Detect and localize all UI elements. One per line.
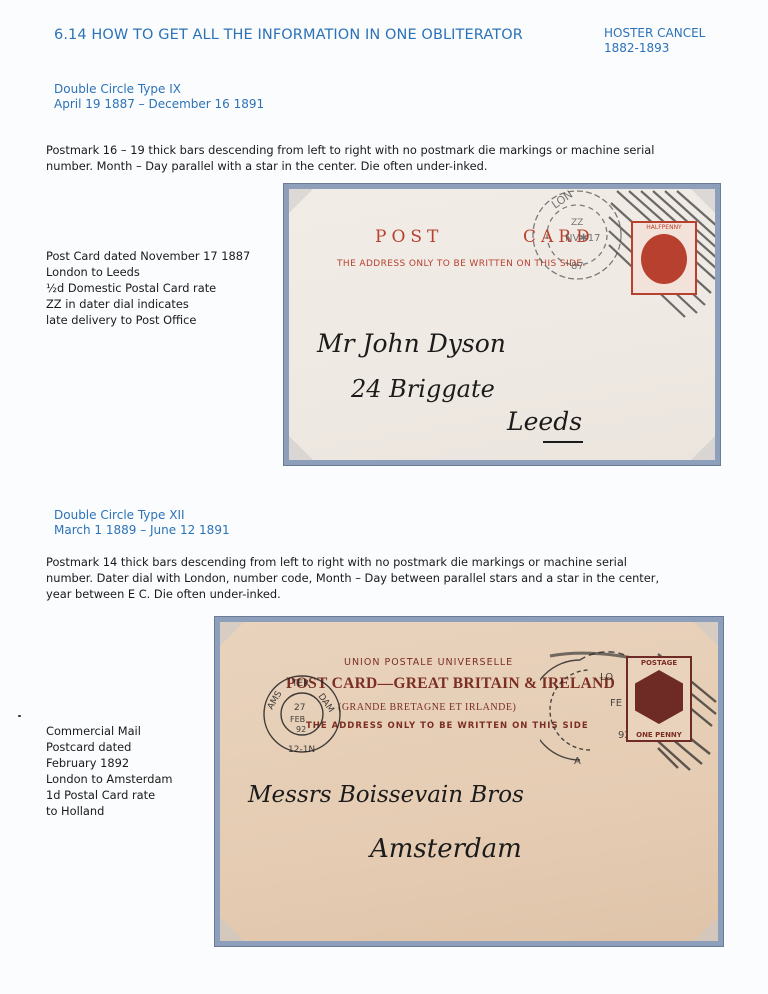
description-line: Postmark 16 – 19 thick bars descending f… — [46, 142, 654, 158]
caption-line: Postcard dated — [46, 739, 173, 755]
type-name: Double Circle Type IX — [54, 82, 264, 97]
address-line: Mr John Dyson — [317, 329, 506, 358]
stamp-bottom-label: ONE PENNY — [628, 731, 690, 739]
amsterdam-postmark-icon: AMS TER DAM 27 FEB 92 12-1N — [260, 672, 344, 756]
svg-text:12-1N: 12-1N — [288, 745, 315, 755]
photo-corner — [694, 917, 718, 941]
postcard-frame-1892: UNION POSTALE UNIVERSELLE POST CARD—GREA… — [214, 616, 724, 947]
card-heading-post: POST — [375, 227, 443, 247]
description-xii: Postmark 14 thick bars descending from l… — [46, 554, 659, 602]
photo-corner — [220, 622, 244, 646]
side-title-line-1: HOSTER CANCEL — [604, 26, 705, 41]
description-ix: Postmark 16 – 19 thick bars descending f… — [46, 142, 654, 174]
photo-corner — [691, 436, 715, 460]
address-line: 24 Briggate — [351, 375, 495, 403]
svg-text:A: A — [574, 756, 581, 767]
caption-line: to Holland — [46, 803, 173, 819]
svg-text:92: 92 — [296, 725, 306, 734]
side-title-line-2: 1882-1893 — [604, 41, 705, 56]
queen-head-icon — [641, 234, 687, 284]
svg-text:87: 87 — [571, 261, 584, 272]
caption-line: late delivery to Post Office — [46, 312, 250, 328]
caption-line: ½d Domestic Postal Card rate — [46, 280, 250, 296]
photo-corner — [289, 436, 313, 460]
union-postale-line: UNION POSTALE UNIVERSELLE — [344, 657, 513, 668]
caption-xii: Commercial Mail Postcard dated February … — [46, 723, 173, 819]
speck — [18, 715, 21, 717]
type-date-range: March 1 1889 – June 12 1891 — [54, 523, 230, 538]
caption-line: Post Card dated November 17 1887 — [46, 248, 250, 264]
address-line: Messrs Boissevain Bros — [248, 782, 524, 808]
stamp-label: HALFPENNY — [633, 224, 695, 231]
address-line: Leeds — [507, 407, 582, 436]
description-line: number. Dater dial with London, number c… — [46, 570, 659, 586]
description-line: number. Month – Day parallel with a star… — [46, 158, 654, 174]
svg-text:DAM: DAM — [316, 692, 336, 715]
svg-text:NV✱17: NV✱17 — [565, 233, 600, 244]
svg-text:FE: FE — [610, 698, 622, 709]
caption-line: 1d Postal Card rate — [46, 787, 173, 803]
caption-ix: Post Card dated November 17 1887 London … — [46, 248, 250, 328]
address-line: Amsterdam — [370, 834, 522, 864]
side-title: HOSTER CANCEL 1882-1893 — [604, 26, 705, 56]
description-line: year between E C. Die often under-inked. — [46, 586, 659, 602]
queen-head-icon — [635, 670, 683, 724]
postcard-1892: UNION POSTALE UNIVERSELLE POST CARD—GREA… — [220, 622, 718, 941]
photo-corner — [694, 622, 718, 646]
svg-text:FEB: FEB — [290, 715, 305, 724]
svg-text:ZZ: ZZ — [571, 218, 583, 228]
photo-corner — [220, 917, 244, 941]
caption-line: London to Leeds — [46, 264, 250, 280]
type-heading-xii: Double Circle Type XII March 1 1889 – Ju… — [54, 508, 230, 538]
caption-line: February 1892 — [46, 755, 173, 771]
caption-line: Commercial Mail — [46, 723, 173, 739]
type-heading-ix: Double Circle Type IX April 19 1887 – De… — [54, 82, 264, 112]
card-subheading: (GRANDE BRETAGNE ET IRLANDE) — [338, 702, 516, 713]
svg-text:27: 27 — [294, 703, 305, 713]
photo-corner — [289, 189, 313, 213]
type-date-range: April 19 1887 – December 16 1891 — [54, 97, 264, 112]
halfpenny-stamp: HALFPENNY — [631, 221, 697, 295]
svg-text:LO: LO — [600, 672, 613, 683]
description-line: Postmark 14 thick bars descending from l… — [46, 554, 659, 570]
svg-text:LON: LON — [549, 189, 575, 211]
postcard-frame-1887: POST CARD THE ADDRESS ONLY TO BE WRITTEN… — [283, 183, 721, 466]
stamp-top-label: POSTAGE — [628, 659, 690, 667]
underline — [543, 441, 583, 443]
svg-text:TER: TER — [291, 679, 309, 689]
caption-line: ZZ in dater dial indicates — [46, 296, 250, 312]
page-title: 6.14 HOW TO GET ALL THE INFORMATION IN O… — [54, 27, 523, 43]
one-penny-stamp: POSTAGE ONE PENNY — [626, 656, 692, 742]
type-name: Double Circle Type XII — [54, 508, 230, 523]
caption-line: London to Amsterdam — [46, 771, 173, 787]
postcard-1887: POST CARD THE ADDRESS ONLY TO BE WRITTEN… — [289, 189, 715, 460]
